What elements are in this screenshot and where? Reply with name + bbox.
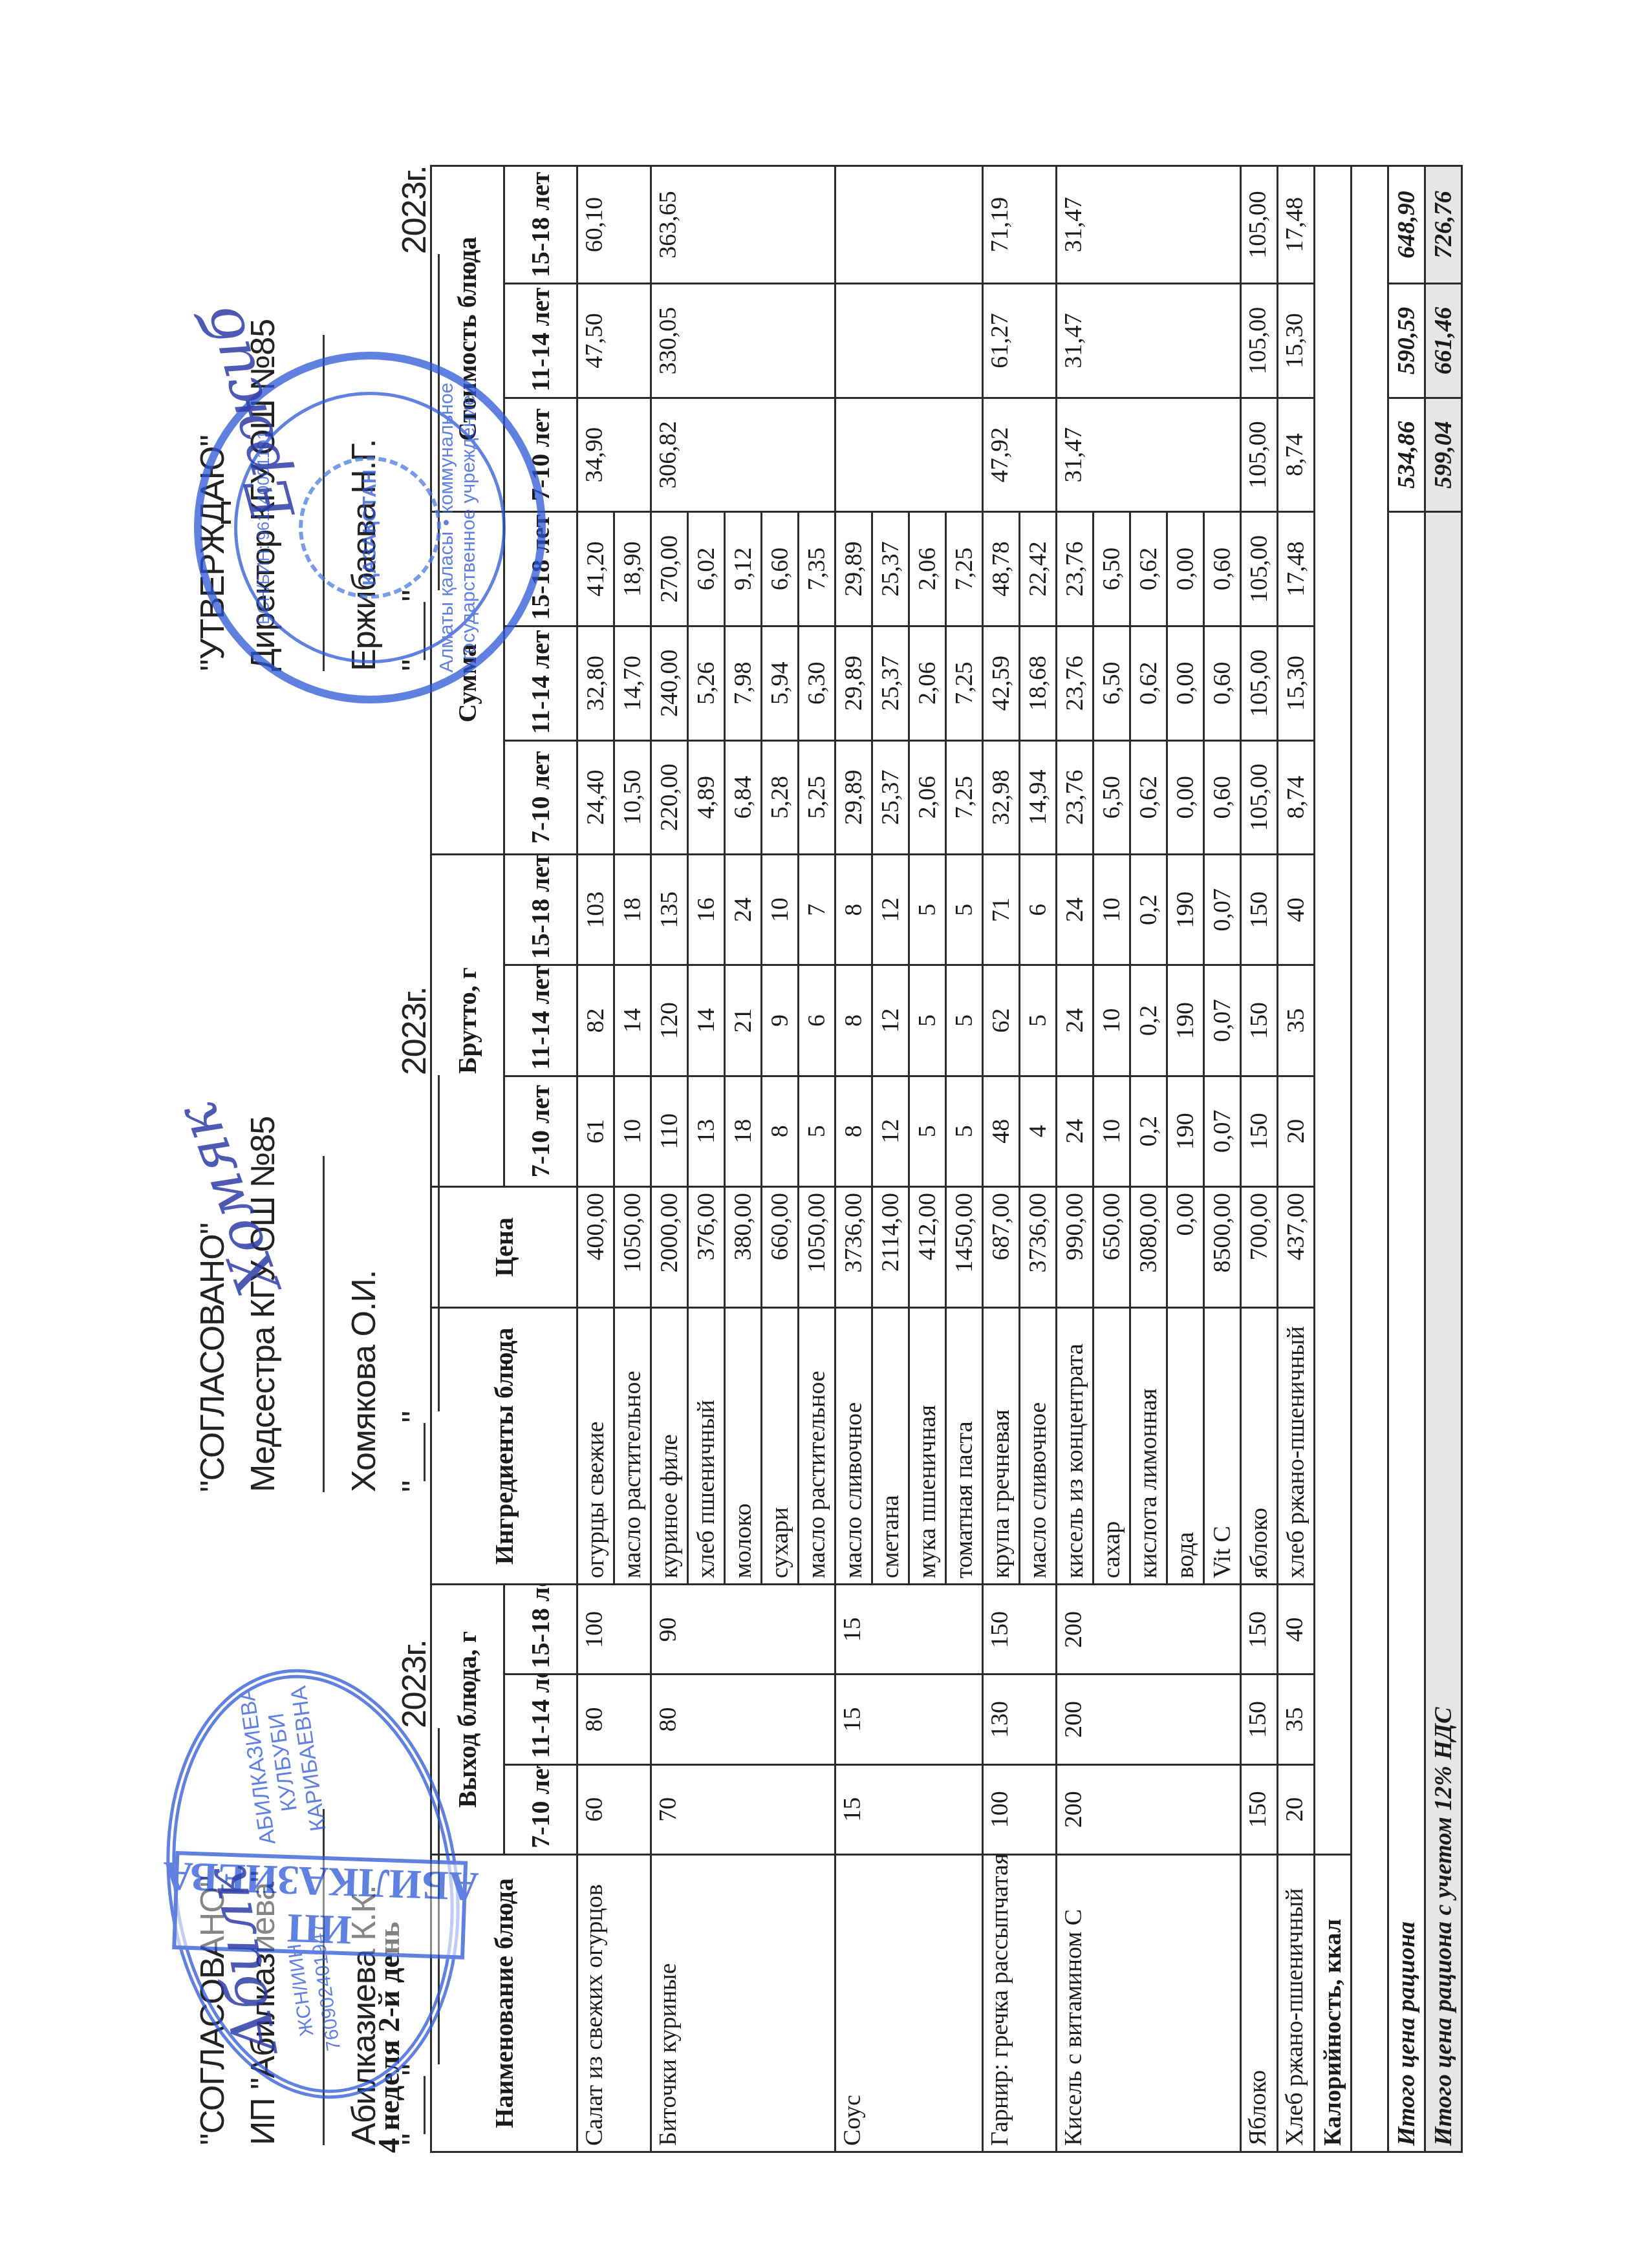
table-row: Хлеб ржано-пшеничный203540хлеб ржано-пше… [1278,166,1315,2152]
ingredient-sum: 25,37 [872,740,909,855]
ingredient-price: 650,00 [1094,1186,1130,1307]
ingredient-brutto: 18 [614,855,651,965]
approval-year: 2023г. [396,987,433,1075]
ingredient-brutto: 21 [725,965,762,1076]
dish-cost: 60,10 [577,166,651,284]
ingredient-brutto: 82 [577,965,614,1076]
header-age-group: 15-18 лет [504,166,577,284]
ingredient-sum: 5,25 [799,740,835,855]
ingredient-brutto: 61 [577,1076,614,1186]
ingredient-sum: 0,00 [1167,740,1204,855]
dish-name: Биточки куриные [651,1854,835,2152]
ingredient-sum: 0,62 [1130,740,1167,855]
ingredient-sum: 15,30 [1278,626,1315,740]
total-vat-value: 726,76 [1425,166,1462,284]
empty-row [1352,166,1388,2152]
total-value: 534,86 [1388,398,1425,512]
dish-yield: 200 [1057,1585,1241,1674]
table-row: Салат из свежих огурцов6080100огурцы све… [577,166,614,2152]
ingredient-brutto: 12 [872,855,909,965]
ingredient-brutto: 8 [835,855,872,965]
total-value: 648,90 [1388,166,1425,284]
ingredient-sum: 7,25 [946,740,983,855]
ingredient-sum: 7,25 [946,512,983,626]
ingredient-price: 1050,00 [614,1186,651,1307]
ingredient-sum: 240,00 [651,626,688,740]
ingredient-sum: 5,94 [762,626,799,740]
header-age-group: 11-14 лет [504,284,577,398]
dish-cost: 105,00 [1241,166,1278,284]
dish-cost: 31,47 [1057,398,1241,512]
dish-cost [835,284,983,398]
total-vat-value: 661,46 [1425,284,1462,398]
ingredient-price: 3736,00 [835,1186,872,1307]
ingredient-brutto: 8 [835,1076,872,1186]
ingredient-brutto: 103 [577,855,614,965]
ingredient-name: мука пшеничная [909,1308,946,1585]
dish-cost: 34,90 [577,398,651,512]
ingredient-name: молоко [725,1308,762,1585]
table-row: Биточки куриные708090куриное филе2000,00… [651,166,688,2152]
ingredient-brutto: 5 [799,1076,835,1186]
dish-yield: 15 [835,1764,983,1854]
ingredient-sum: 2,06 [909,740,946,855]
ingredient-brutto: 10 [1094,1076,1130,1186]
dish-yield: 80 [651,1674,835,1764]
ingredient-name: сухари [762,1308,799,1585]
ingredient-brutto: 4 [1020,1076,1057,1186]
dish-name: Соус [835,1854,983,2152]
dish-cost: 105,00 [1241,398,1278,512]
header-age-group: 7-10 лет [504,740,577,855]
ingredient-brutto: 0,07 [1204,855,1241,965]
ingredient-sum: 2,06 [909,626,946,740]
ingredient-price: 0,00 [1167,1186,1204,1307]
ingredient-brutto: 40 [1278,855,1315,965]
ingredient-sum: 0,00 [1167,512,1204,626]
ingredient-sum: 14,70 [614,626,651,740]
dish-yield: 150 [1241,1764,1278,1854]
dish-cost: 17,48 [1278,166,1315,284]
header-age-group: 15-18 лет [504,1585,577,1674]
approval-year: 2023г. [396,166,433,254]
ingredient-sum: 105,00 [1241,626,1278,740]
ingredient-sum: 0,60 [1204,512,1241,626]
ingredient-sum: 0,60 [1204,626,1241,740]
ingredient-sum: 0,62 [1130,626,1167,740]
ingredient-name: масло сливочное [835,1308,872,1585]
ingredient-name: масло растительное [614,1308,651,1585]
ingredient-sum: 10,50 [614,740,651,855]
dish-name: Яблоко [1241,1854,1278,2152]
ingredient-brutto: 10 [762,855,799,965]
ingredient-name: вода [1167,1308,1204,1585]
approval-name: Хомякова О.И. [339,987,389,1492]
ingredient-name: яблоко [1241,1308,1278,1585]
table-row: Гарнир: гречка рассыпчатая100130150крупа… [983,166,1020,2152]
ingredient-name: крупа гречневая [983,1308,1020,1585]
dish-yield: 35 [1278,1674,1315,1764]
header-age-group: 7-10 лет [504,1764,577,1854]
header-brutto: Брутто, г [431,855,504,1187]
ingredient-price: 8500,00 [1204,1186,1241,1307]
ingredient-sum: 29,89 [835,740,872,855]
ingredient-brutto: 135 [651,855,688,965]
dish-name: Гарнир: гречка рассыпчатая [983,1854,1057,2152]
ingredient-name: масло растительное [799,1308,835,1585]
dish-yield: 150 [1241,1585,1278,1674]
ingredient-sum: 17,48 [1278,512,1315,626]
ingredient-sum: 6,30 [799,626,835,740]
ingredient-sum: 6,50 [1094,740,1130,855]
ingredient-sum: 41,20 [577,512,614,626]
ingredient-sum: 42,59 [983,626,1020,740]
ingredient-brutto: 9 [762,965,799,1076]
emblem-icon [299,456,441,599]
ingredient-brutto: 150 [1241,965,1278,1076]
ingredient-sum: 7,98 [725,626,762,740]
ingredient-brutto: 18 [725,1076,762,1186]
ingredient-brutto: 24 [725,855,762,965]
dish-yield: 15 [835,1585,983,1674]
menu-table: Наименование блюда Выход блюда, г Ингред… [430,165,1463,2153]
ingredient-name: Vit C [1204,1308,1241,1585]
dish-yield: 200 [1057,1764,1241,1854]
total-row: Итого цена рациона534,86590,59648,90 [1388,166,1425,2152]
ingredient-sum: 23,76 [1057,626,1094,740]
ingredient-brutto: 12 [872,965,909,1076]
ingredient-brutto: 0,2 [1130,965,1167,1076]
ingredient-sum: 6,50 [1094,626,1130,740]
ingredient-brutto: 35 [1278,965,1315,1076]
ingredient-brutto: 5 [1020,965,1057,1076]
header-price: Цена [431,1186,577,1307]
ingredient-brutto: 8 [762,1076,799,1186]
ingredient-brutto: 8 [835,965,872,1076]
ingredient-sum: 48,78 [983,512,1020,626]
ingredient-price: 400,00 [577,1186,614,1307]
header-ingredients: Ингредиенты блюда [431,1308,577,1585]
dish-yield: 90 [651,1585,835,1674]
header-age-group: 7-10 лет [504,1076,577,1186]
calories-label: Калорийность, ккал [1315,1854,1352,2152]
ingredient-price: 3736,00 [1020,1186,1057,1307]
ingredient-price: 1050,00 [799,1186,835,1307]
dish-name: Кисель с витамином С [1057,1854,1241,2152]
ingredient-brutto: 48 [983,1076,1020,1186]
ingredient-sum: 105,00 [1241,512,1278,626]
ingredient-brutto: 62 [983,965,1020,1076]
stamp-owner: АБИЛКАЗИЕВА КУЛБУБИ КАРИБАЕВНА [233,1678,332,1846]
dish-yield: 40 [1278,1585,1315,1674]
ingredient-sum: 18,90 [614,512,651,626]
ingredient-brutto: 6 [799,965,835,1076]
date-quote: " [396,1411,433,1422]
ingredient-sum: 4,89 [688,740,725,855]
ingredient-brutto: 190 [1167,1076,1204,1186]
ingredient-brutto: 14 [614,965,651,1076]
ingredient-price: 380,00 [725,1186,762,1307]
dish-yield: 100 [577,1585,651,1674]
total-value: 590,59 [1388,284,1425,398]
ingredient-brutto: 5 [946,1076,983,1186]
ingredient-name: куриное филе [651,1308,688,1585]
ingredient-brutto: 0,2 [1130,1076,1167,1186]
total-vat-value: 599,04 [1425,398,1462,512]
ingredient-price: 2000,00 [651,1186,688,1307]
total-vat-row: Итого цена рациона с учетом 12% НДС599,0… [1425,166,1462,2152]
dish-cost: 105,00 [1241,284,1278,398]
dish-cost: 61,27 [983,284,1057,398]
total-label: Итого цена рациона [1388,512,1425,2152]
ingredient-sum: 23,76 [1057,740,1094,855]
dish-yield: 15 [835,1674,983,1764]
ingredient-name: кисель из концентрата [1057,1308,1094,1585]
dish-cost: 8,74 [1278,398,1315,512]
ingredient-price: 3080,00 [1130,1186,1167,1307]
dish-yield: 60 [577,1764,651,1854]
ingredient-sum: 105,00 [1241,740,1278,855]
dish-name: Хлеб ржано-пшеничный [1278,1854,1315,2152]
ingredient-brutto: 5 [909,1076,946,1186]
date-quote: " [396,1481,433,1492]
ingredient-brutto: 150 [1241,855,1278,965]
ingredient-brutto: 150 [1241,1076,1278,1186]
ingredient-sum: 23,76 [1057,512,1094,626]
ingredient-name: хлеб ржано-пшеничный [1278,1308,1315,1585]
ingredient-sum: 220,00 [651,740,688,855]
dish-yield: 150 [983,1585,1057,1674]
ingredient-sum: 0,60 [1204,740,1241,855]
ingredient-price: 412,00 [909,1186,946,1307]
ingredient-sum: 7,25 [946,626,983,740]
ingredient-sum: 6,60 [762,512,799,626]
ingredient-brutto: 5 [946,965,983,1076]
rotated-page: "СОГЛАСОВАНО" ИП "Абилказиева" Абилказие… [0,0,1649,2268]
ingredient-brutto: 5 [909,855,946,965]
ingredient-sum: 9,12 [725,512,762,626]
table-row: Кисель с витамином С200200200кисель из к… [1057,166,1094,2152]
ingredient-sum: 2,06 [909,512,946,626]
dish-cost: 363,65 [651,166,835,284]
ingredient-name: сахар [1094,1308,1130,1585]
ingredient-brutto: 6 [1020,855,1057,965]
ingredient-sum: 5,28 [762,740,799,855]
ingredient-name: хлеб пшеничный [688,1308,725,1585]
ingredient-name: томатная паста [946,1308,983,1585]
ingredient-sum: 25,37 [872,512,909,626]
ingredient-sum: 29,89 [835,626,872,740]
dish-cost [835,398,983,512]
ingredient-brutto: 10 [614,1076,651,1186]
dish-cost: 31,47 [1057,284,1241,398]
ingredient-sum: 32,98 [983,740,1020,855]
dish-yield: 150 [1241,1674,1278,1764]
dish-yield: 80 [577,1674,651,1764]
calories-values [1315,166,1352,1855]
ingredient-brutto: 12 [872,1076,909,1186]
dish-yield: 130 [983,1674,1057,1764]
ingredient-brutto: 5 [909,965,946,1076]
ingredient-brutto: 5 [946,855,983,965]
ingredient-name: огурцы свежие [577,1308,614,1585]
ingredient-brutto: 10 [1094,855,1130,965]
calories-row: Калорийность, ккал [1315,166,1352,2152]
ingredient-sum: 7,35 [799,512,835,626]
ingredient-brutto: 24 [1057,1076,1094,1186]
dish-cost [835,166,983,284]
dish-cost: 47,50 [577,284,651,398]
header-age-group: 11-14 лет [504,626,577,740]
signature-line [290,1156,325,1492]
total-vat-label: Итого цена рациона с учетом 12% НДС [1425,512,1462,2152]
dish-cost: 47,92 [983,398,1057,512]
ingredient-price: 376,00 [688,1186,725,1307]
empty-cell [1352,166,1388,2152]
table-row: Соус151515масло сливочное3736,0088829,89… [835,166,872,2152]
ingredient-brutto: 0,2 [1130,855,1167,965]
ingredient-brutto: 120 [651,965,688,1076]
ingredient-brutto: 24 [1057,965,1094,1076]
ingredient-brutto: 190 [1167,855,1204,965]
approval-year: 2023г. [396,1640,433,1728]
ingredient-name: сметана [872,1308,909,1585]
ingredient-brutto: 110 [651,1076,688,1186]
ingredient-brutto: 7 [799,855,835,965]
dish-cost: 71,19 [983,166,1057,284]
header-age-group: 11-14 лет [504,1674,577,1764]
ingredient-price: 1450,00 [946,1186,983,1307]
ingredient-brutto: 0,07 [1204,1076,1241,1186]
ingredient-brutto: 0,07 [1204,965,1241,1076]
ingredient-sum: 6,50 [1094,512,1130,626]
ingredient-price: 700,00 [1241,1186,1278,1307]
ingredient-sum: 14,94 [1020,740,1057,855]
ingredient-sum: 32,80 [577,626,614,740]
ingredient-sum: 0,62 [1130,512,1167,626]
ingredient-brutto: 10 [1094,965,1130,1076]
ingredient-brutto: 13 [688,1076,725,1186]
ingredient-sum: 24,40 [577,740,614,855]
dish-cost: 306,82 [651,398,835,512]
ingredient-name: кислота лимонная [1130,1308,1167,1585]
ingredient-sum: 29,89 [835,512,872,626]
ingredient-price: 660,00 [762,1186,799,1307]
ingredient-sum: 5,26 [688,626,725,740]
header-age-group: 11-14 лет [504,965,577,1076]
ingredient-name: масло сливочное [1020,1308,1057,1585]
ingredient-brutto: 190 [1167,965,1204,1076]
ingredient-sum: 8,74 [1278,740,1315,855]
ingredient-price: 2114,00 [872,1186,909,1307]
dish-cost: 330,05 [651,284,835,398]
ingredient-price: 437,00 [1278,1186,1315,1307]
ingredient-price: 687,00 [983,1186,1020,1307]
dish-yield: 20 [1278,1764,1315,1854]
ingredient-sum: 18,68 [1020,626,1057,740]
dish-name: Салат из свежих огурцов [577,1854,651,2152]
ingredient-price: 990,00 [1057,1186,1094,1307]
table-row: Яблоко150150150яблоко700,00150150150105,… [1241,166,1278,2152]
dish-cost: 31,47 [1057,166,1241,284]
ingredient-sum: 270,00 [651,512,688,626]
dish-yield: 100 [983,1764,1057,1854]
stamp-text: Алматы қаласы • коммунальное государстве… [436,359,480,696]
ingredient-sum: 25,37 [872,626,909,740]
ingredient-sum: 6,02 [688,512,725,626]
ingredient-brutto: 24 [1057,855,1094,965]
ingredient-sum: 6,84 [725,740,762,855]
ingredient-sum: 22,42 [1020,512,1057,626]
dish-yield: 200 [1057,1674,1241,1764]
dish-yield: 70 [651,1764,835,1854]
dish-cost: 15,30 [1278,284,1315,398]
ingredient-brutto: 20 [1278,1076,1315,1186]
ingredient-brutto: 71 [983,855,1020,965]
ingredient-brutto: 16 [688,855,725,965]
ingredient-brutto: 14 [688,965,725,1076]
header-age-group: 15-18 лет [504,855,577,965]
ingredient-sum: 0,00 [1167,626,1204,740]
